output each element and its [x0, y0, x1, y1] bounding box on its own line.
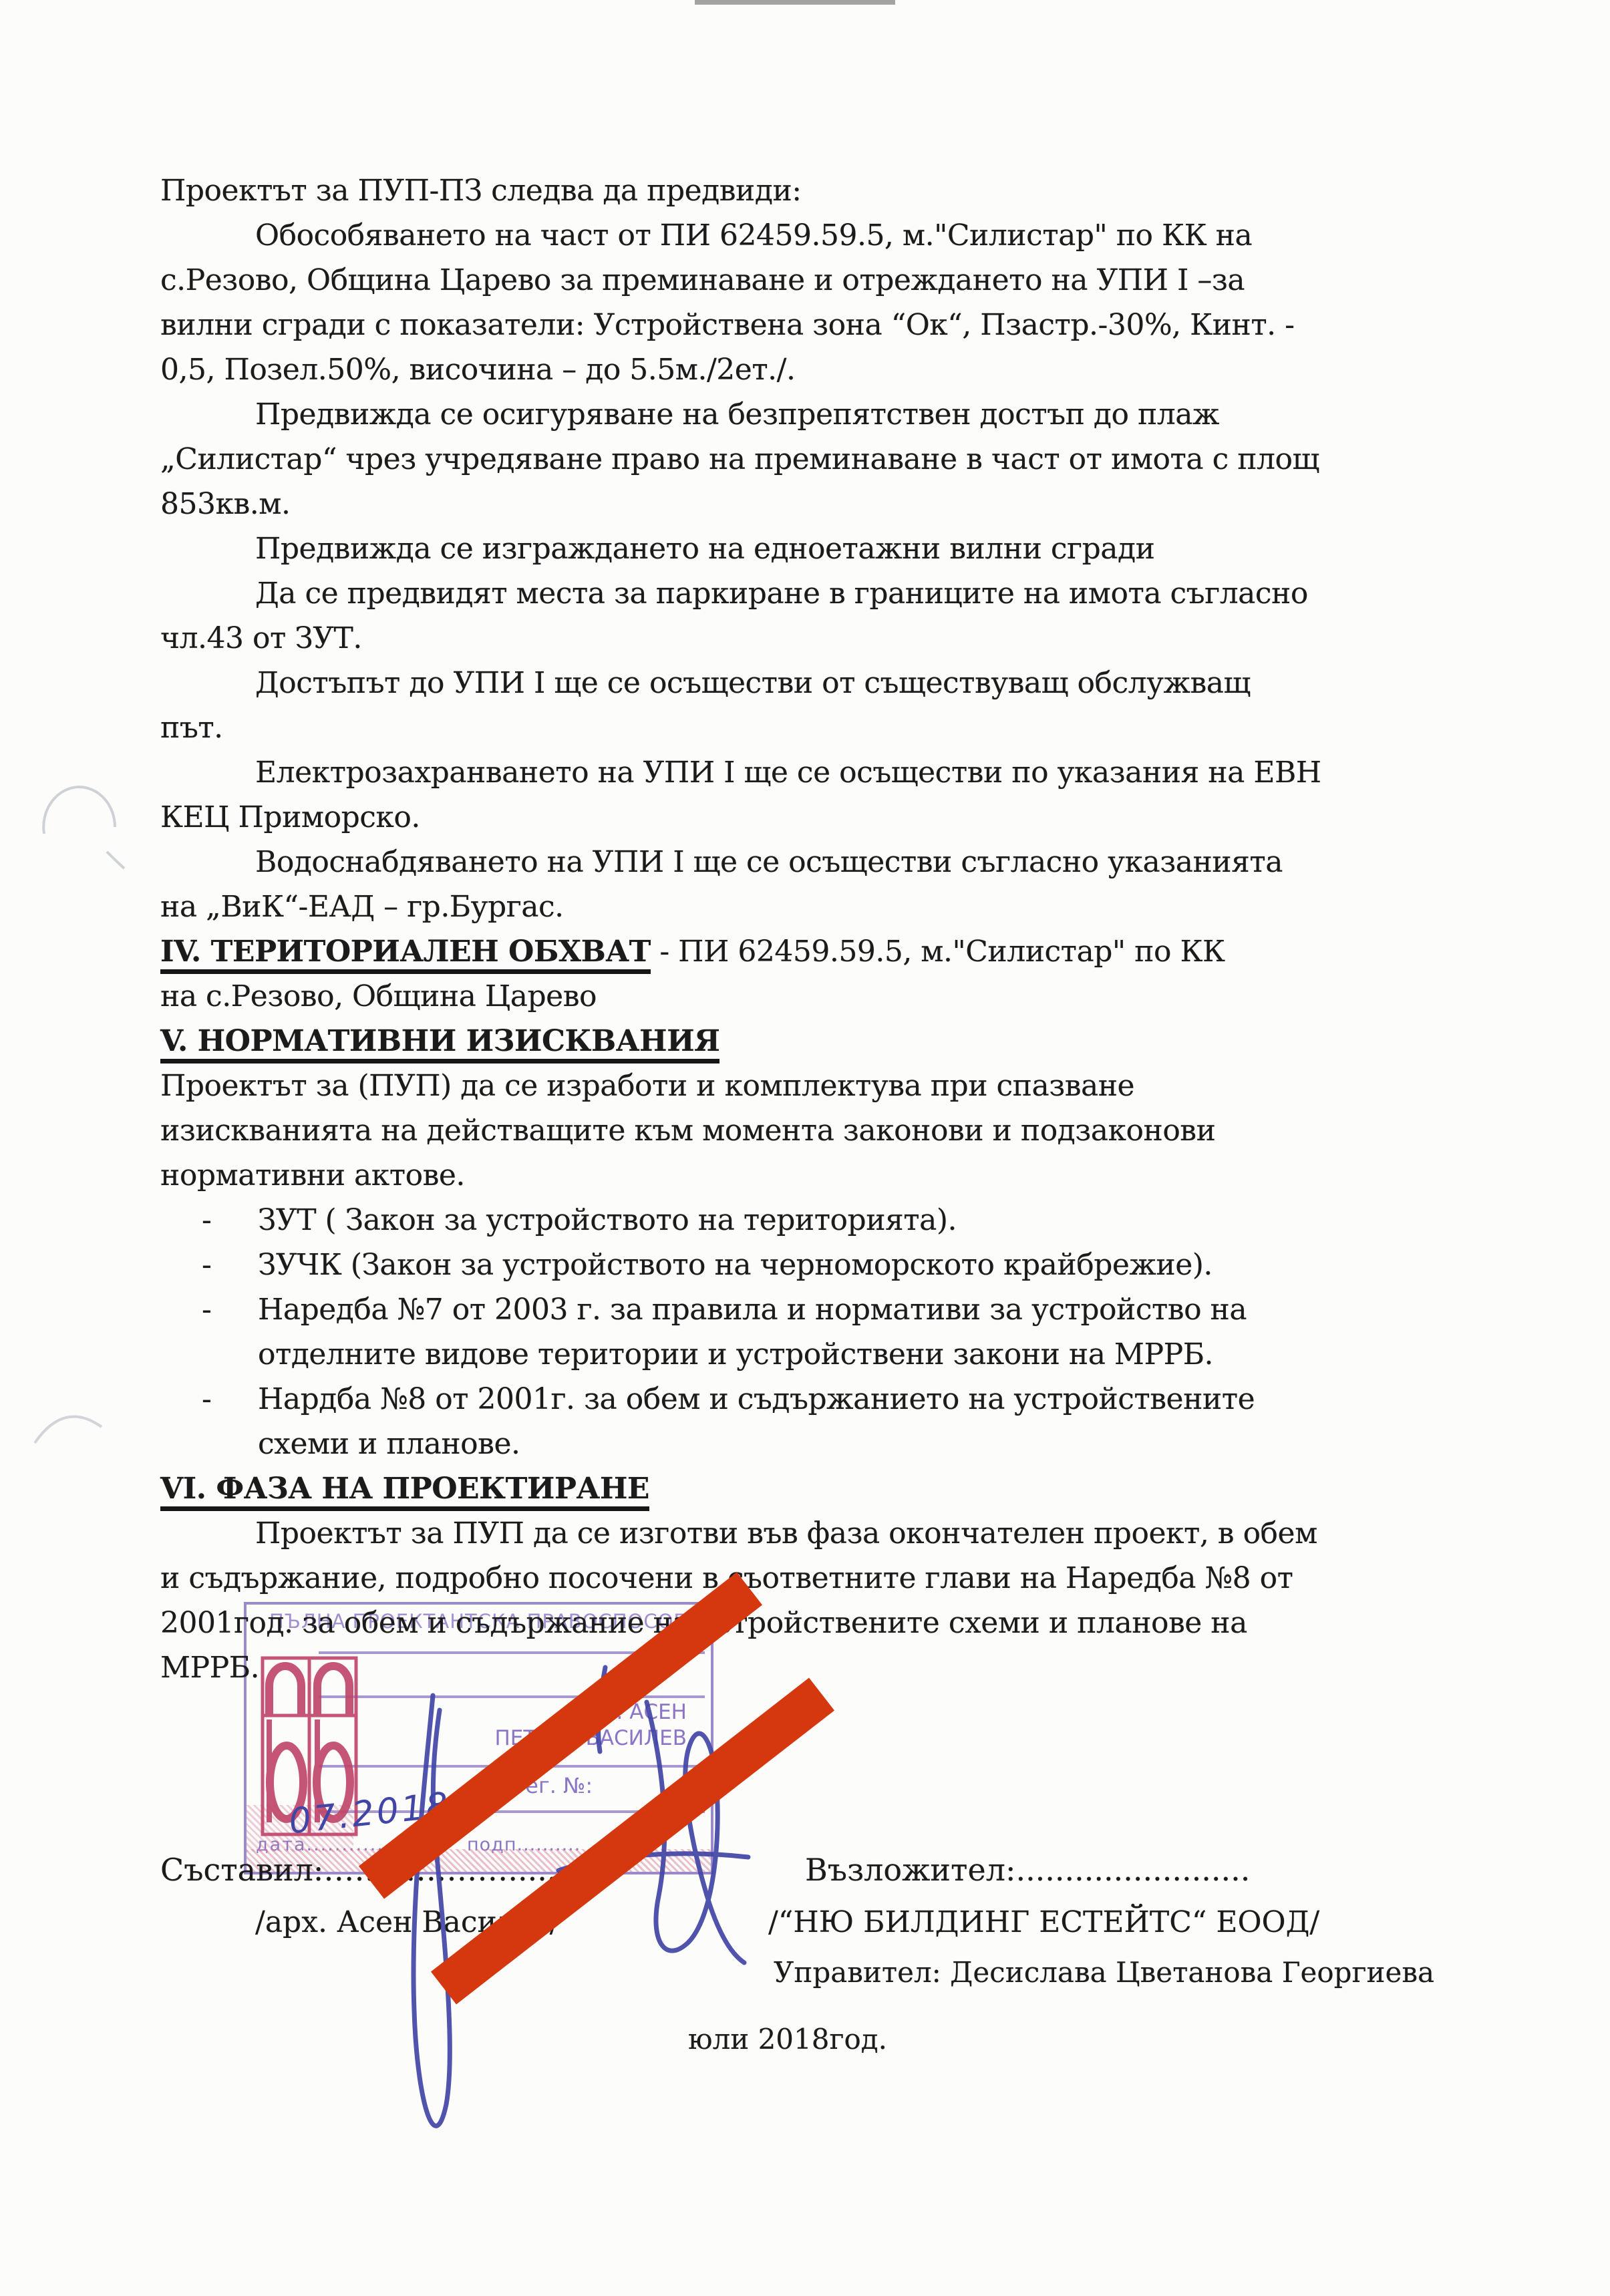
redaction-stripes — [0, 0, 1610, 2296]
document-page: ПЪЛНА ПРОЕКТАНТСКА ПРАВОСПОСОБНОСТ арх. … — [0, 0, 1610, 2296]
